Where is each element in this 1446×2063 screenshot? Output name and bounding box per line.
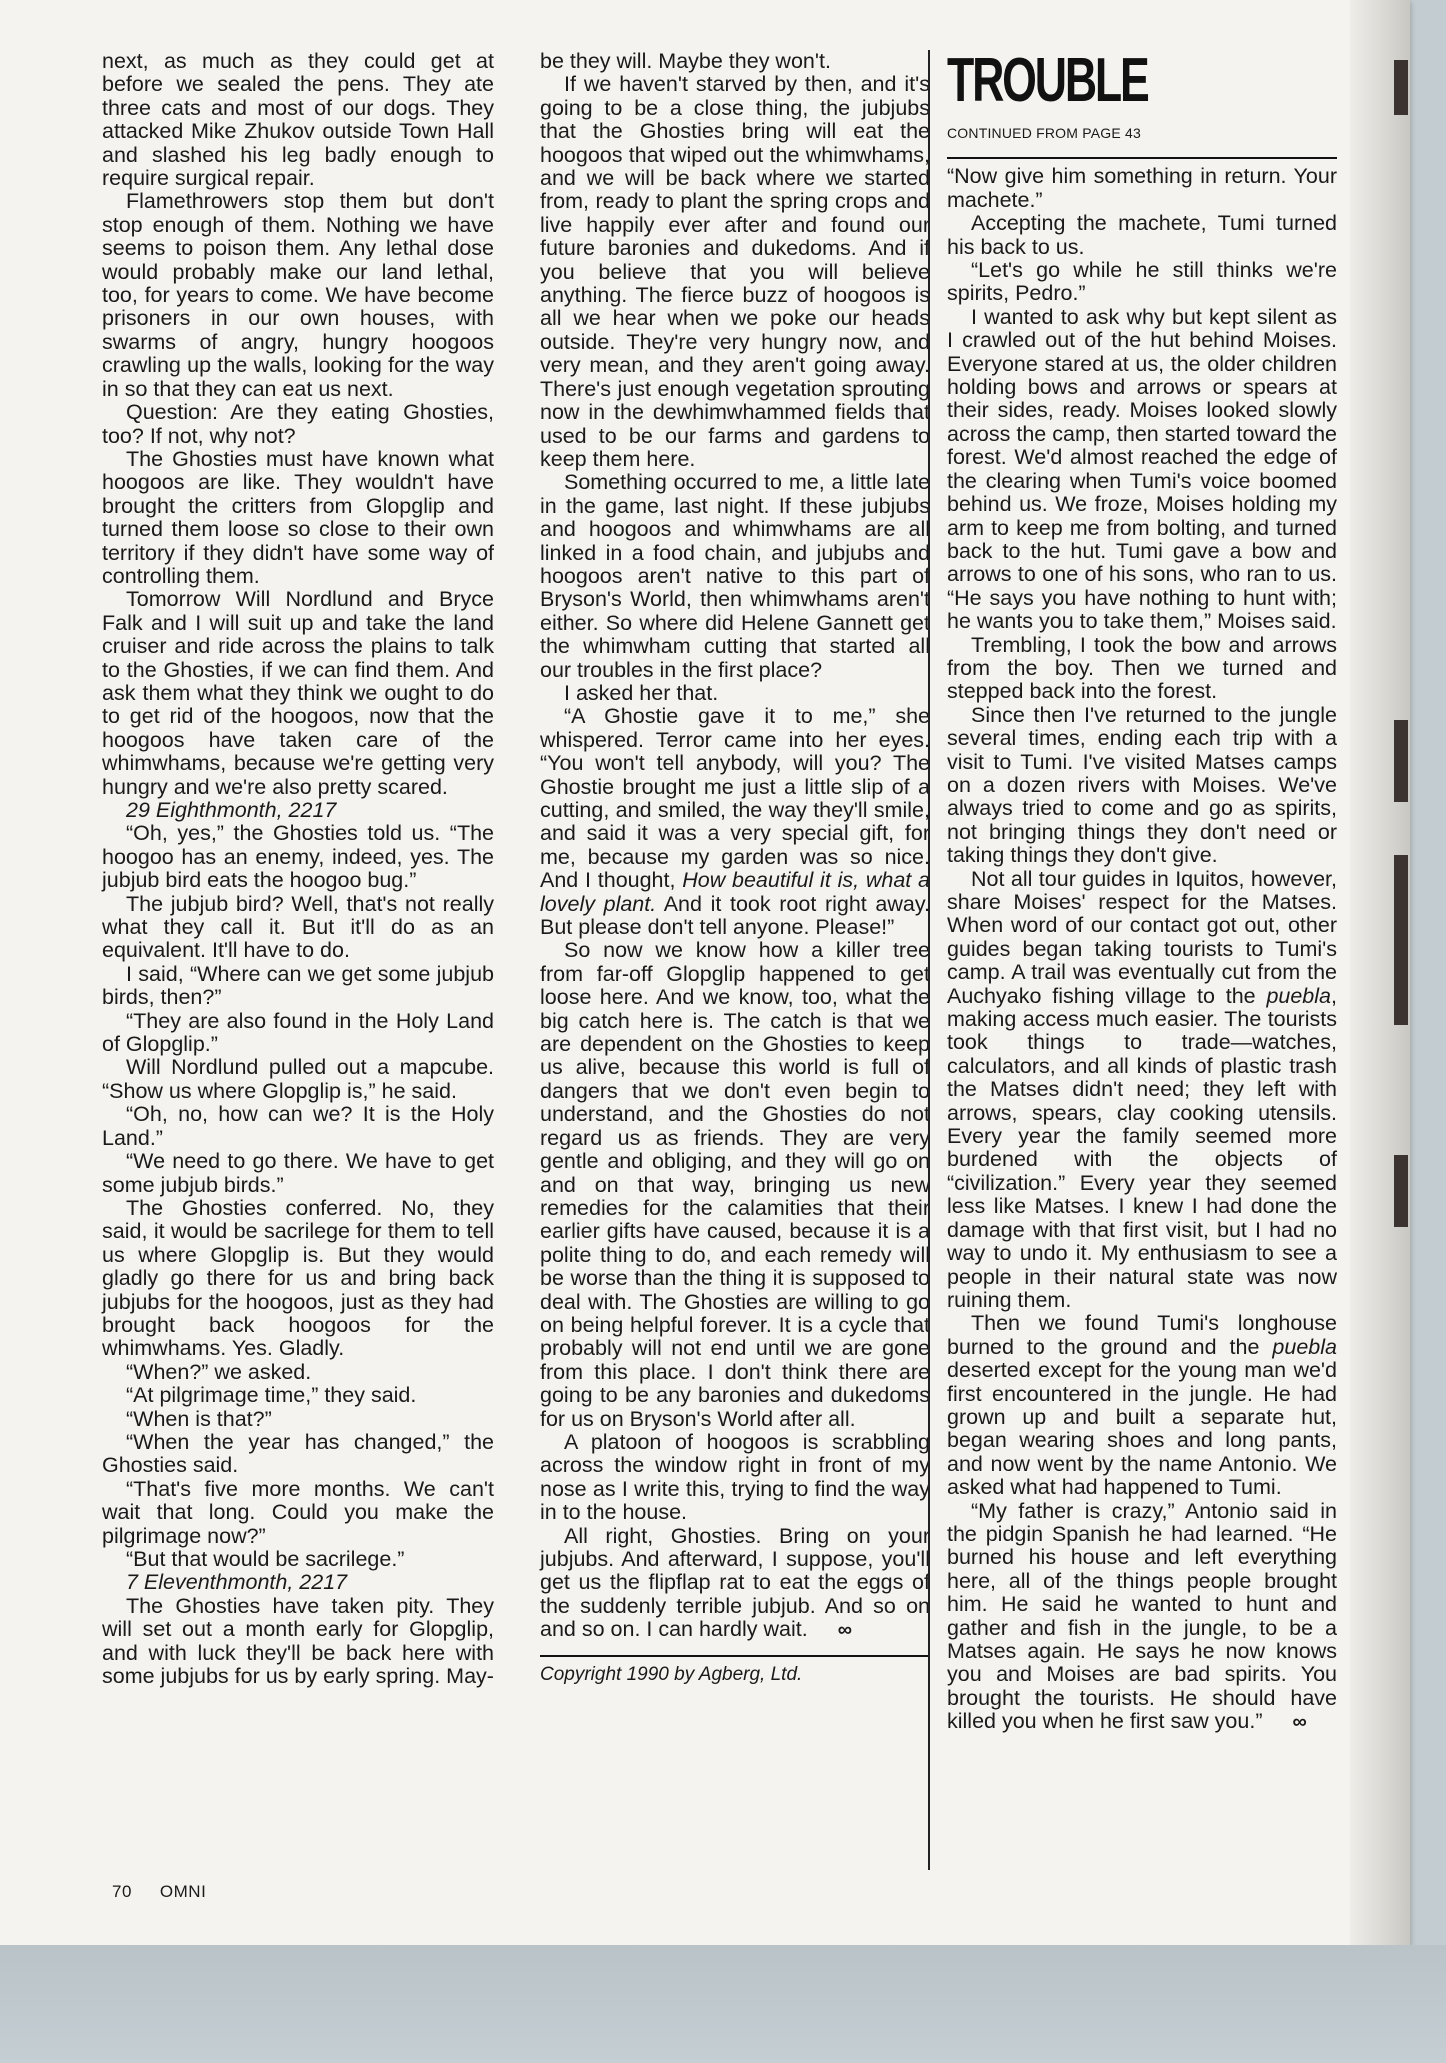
paragraph: be they will. Maybe they won't. [540,50,930,73]
continued-from-label: CONTINUED FROM PAGE 43 [947,122,1337,145]
text-run: All right, Ghosties. Bring on your jubju… [540,1524,930,1642]
column-divider [928,50,930,1870]
page-edge-marker [1394,60,1408,115]
italic-term: puebla [1266,984,1331,1008]
article-column-2: be they will. Maybe they won't. If we ha… [540,50,930,1686]
paragraph: I said, “Where can we get some jubjub bi… [102,963,494,1010]
paragraph: So now we know how a killer tree from fa… [540,939,930,1431]
paragraph: Then we found Tumi's longhouse burned to… [947,1312,1337,1499]
paragraph: The Ghosties have taken pity. They will … [102,1595,494,1689]
paragraph: “Now give him something in return. Your … [947,165,1337,212]
paragraph: The jubjub bird? Well, that's not really… [102,893,494,963]
paragraph: Since then I've returned to the jungle s… [947,704,1337,868]
page-footer: 70OMNI [112,1882,206,1902]
paragraph: “Oh, no, how can we? It is the Holy Land… [102,1103,494,1150]
adjacent-page-edge [1350,0,1410,1945]
omni-end-mark-icon: ∞ [814,1619,848,1642]
page-edge-marker [1394,720,1408,802]
text-run: “A Ghostie gave it to me,” she whispered… [540,704,930,892]
paragraph: “When is that?” [102,1408,494,1431]
paragraph: Accepting the machete, Tumi turned his b… [947,212,1337,259]
page-number: 70 [112,1882,132,1901]
paragraph: “Oh, yes,” the Ghosties told us. “The ho… [102,822,494,892]
paragraph: “At pilgrimage time,” they said. [102,1384,494,1407]
scanner-background [0,1945,1446,2063]
text-run: deserted except for the young man we'd f… [947,1358,1337,1499]
paragraph: “When?” we asked. [102,1361,494,1384]
paragraph: A platoon of hoogoos is scrabbling acros… [540,1431,930,1525]
paragraph: All right, Ghosties. Bring on your jubju… [540,1525,930,1643]
article-column-1: next, as much as they could get at befor… [102,50,494,1688]
italic-term: puebla [1272,1335,1337,1359]
paragraph: Something occurred to me, a little late … [540,471,930,682]
journal-date-text: 7 Eleventhmonth, 2217 [126,1570,347,1594]
paragraph: next, as much as they could get at befor… [102,50,494,190]
omni-end-mark-icon: ∞ [1268,1711,1302,1734]
paragraph: “We need to go there. We have to get som… [102,1150,494,1197]
article-column-3: TROUBLE CONTINUED FROM PAGE 43 “Now give… [947,50,1337,1735]
paragraph: Will Nordlund pulled out a mapcube. “Sho… [102,1056,494,1103]
paragraph: The Ghosties must have known what hoogoo… [102,448,494,588]
section-rule [540,1655,930,1657]
paragraph: Not all tour guides in Iquitos, however,… [947,868,1337,1313]
page-edge-marker [1394,1155,1408,1227]
paragraph: “My father is crazy,” Antonio said in th… [947,1500,1337,1735]
paragraph: The Ghosties conferred. No, they said, i… [102,1197,494,1361]
paragraph: I wanted to ask why but kept silent as I… [947,306,1337,634]
paragraph: “When the year has changed,” the Ghostie… [102,1431,494,1478]
headline-rule [947,157,1337,159]
continued-headline: TROUBLE [947,50,1228,112]
page-edge-marker [1394,855,1408,1025]
journal-date: 29 Eighthmonth, 2217 [102,799,494,822]
paragraph: Flamethrowers stop them but don't stop e… [102,190,494,401]
paragraph: Tomorrow Will Nordlund and Bryce Falk an… [102,588,494,799]
paragraph: “Let's go while he still thinks we're sp… [947,259,1337,306]
paragraph: “But that would be sacrilege.” [102,1548,494,1571]
journal-date-text: 29 Eighthmonth, 2217 [126,798,336,822]
text-run: “My father is crazy,” Antonio said in th… [947,1499,1337,1734]
paragraph: I asked her that. [540,682,930,705]
text-run: , making access much easier. The tourist… [947,984,1337,1312]
copyright-notice: Copyright 1990 by Agberg, Ltd. [540,1663,930,1686]
paragraph: Question: Are they eating Ghosties, too?… [102,401,494,448]
magazine-name: OMNI [160,1882,206,1901]
paragraph: If we haven't starved by then, and it's … [540,73,930,471]
journal-date: 7 Eleventhmonth, 2217 [102,1571,494,1594]
paragraph: “That's five more months. We can't wait … [102,1478,494,1548]
paragraph: “A Ghostie gave it to me,” she whispered… [540,705,930,939]
paragraph: “They are also found in the Holy Land of… [102,1010,494,1057]
magazine-page: next, as much as they could get at befor… [0,0,1410,1945]
paragraph: Trembling, I took the bow and arrows fro… [947,634,1337,704]
